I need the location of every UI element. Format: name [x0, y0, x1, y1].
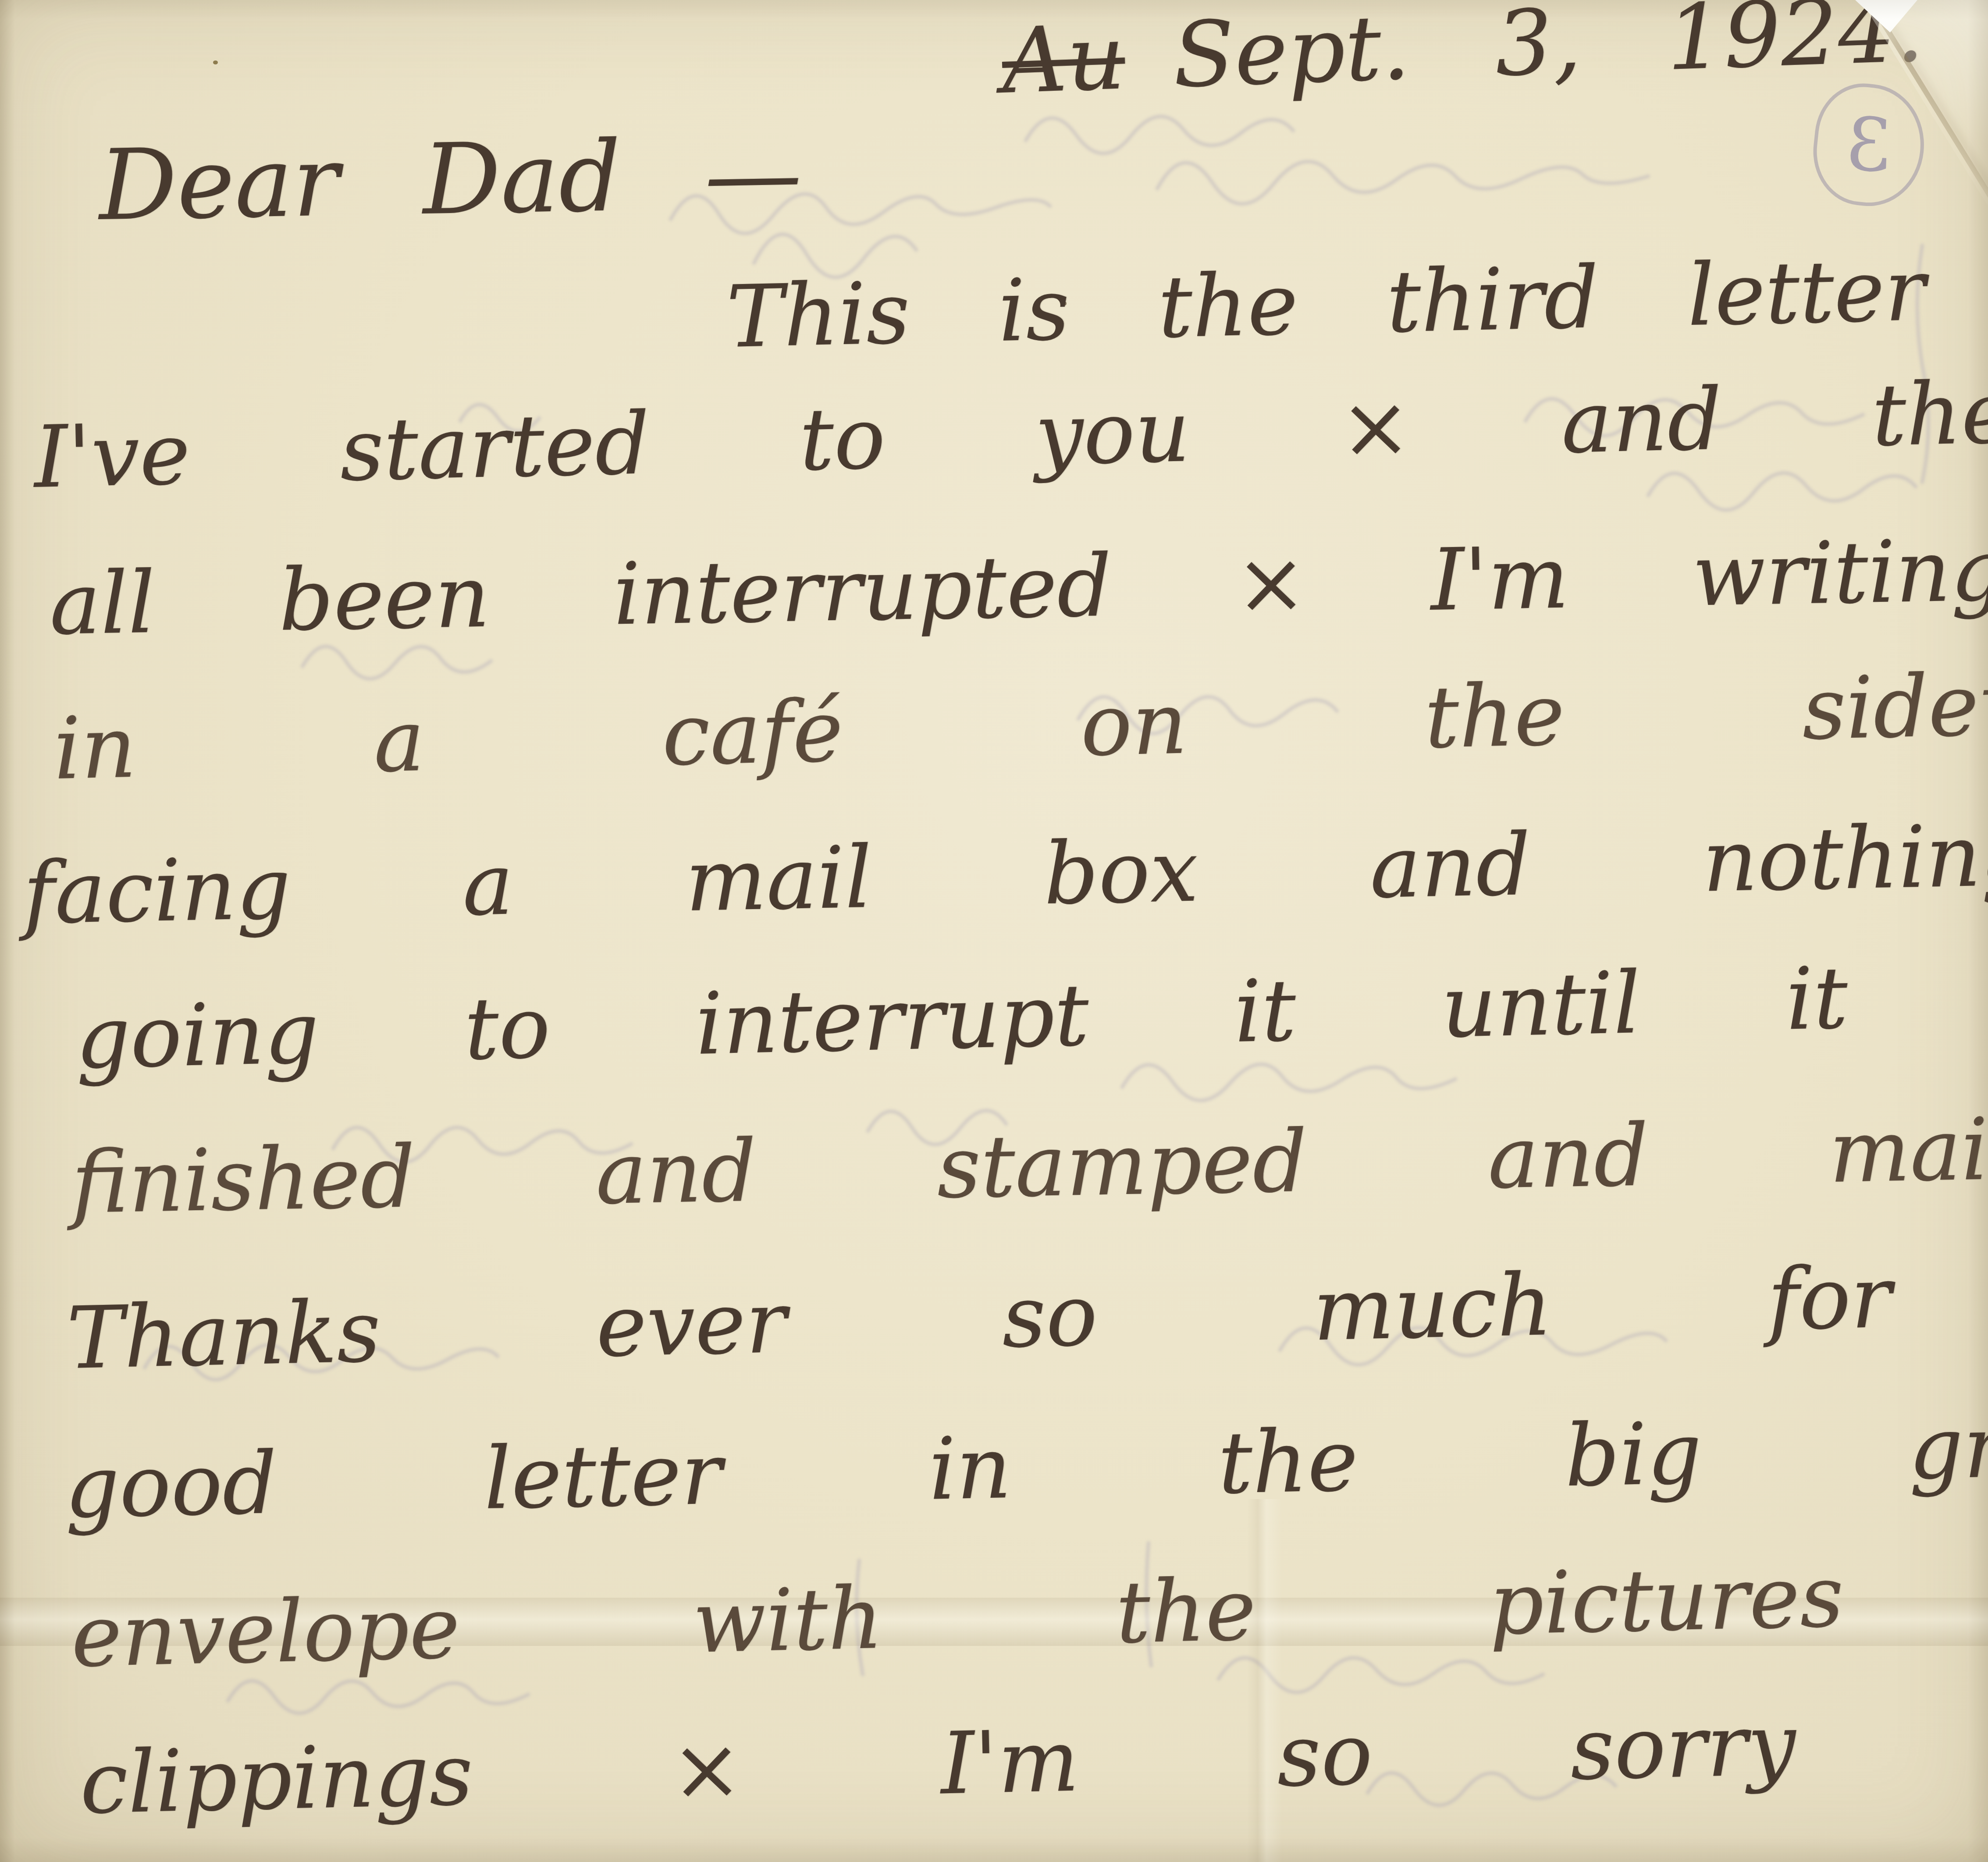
salutation: Dear Dad —	[98, 117, 803, 242]
paper-speck	[213, 60, 218, 64]
fold-crease-vertical	[1247, 1499, 1282, 1862]
struck-out-word: Au	[1000, 5, 1127, 114]
letter-page: 3 AuSept. 3, 1924. Dear Dad — This is th…	[0, 0, 1988, 1862]
page-number: 3	[1844, 101, 1894, 189]
